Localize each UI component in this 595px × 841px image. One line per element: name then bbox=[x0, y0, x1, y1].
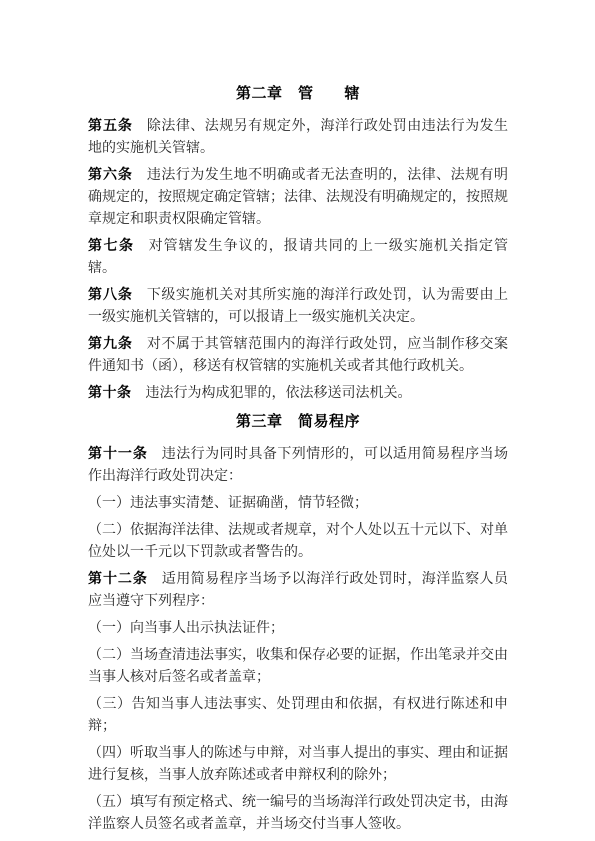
article-12-number: 第十二条 bbox=[88, 572, 148, 587]
article-10-text: 违法行为构成犯罪的，依法移送司法机关。 bbox=[146, 386, 412, 401]
article-7-number: 第七条 bbox=[88, 239, 135, 254]
article-12-paragraph: 第十二条适用简易程序当场予以海洋行政处罚时，海洋监察人员应当遵守下列程序： bbox=[88, 569, 508, 613]
article-6-number: 第六条 bbox=[88, 168, 133, 183]
article-6-paragraph: 第六条违法行为发生地不明确或者无法查明的，法律、法规有明确规定的，按照规定确定管… bbox=[88, 165, 508, 231]
article-5-paragraph: 第五条除法律、法规另有规定外，海洋行政处罚由违法行为发生地的实施机关管辖。 bbox=[88, 116, 508, 160]
chapter-2-heading: 第二章 管 辖 bbox=[88, 84, 508, 104]
article-7-text: 对管辖发生争议的，报请共同的上一级实施机关指定管辖。 bbox=[88, 239, 508, 276]
article-6-text: 违法行为发生地不明确或者无法查明的，法律、法规有明确规定的，按照规定确定管辖；法… bbox=[88, 168, 508, 227]
article-11-number: 第十一条 bbox=[88, 447, 148, 462]
article-10-paragraph: 第十条违法行为构成犯罪的，依法移送司法机关。 bbox=[88, 383, 508, 405]
article-11-text: 违法行为同时具备下列情形的，可以适用简易程序当场作出海洋行政处罚决定： bbox=[88, 447, 508, 484]
article-9-number: 第九条 bbox=[88, 337, 133, 352]
article-8-paragraph: 第八条下级实施机关对其所实施的海洋行政处罚，认为需要由上一级实施机关管辖的，可以… bbox=[88, 285, 508, 329]
article-7-paragraph: 第七条对管辖发生争议的，报请共同的上一级实施机关指定管辖。 bbox=[88, 236, 508, 280]
article-12-item-2: （二）当场查清违法事实，收集和保存必要的证据，作出笔录并交由当事人核对后签名或者… bbox=[88, 645, 508, 689]
article-12-text: 适用简易程序当场予以海洋行政处罚时，海洋监察人员应当遵守下列程序： bbox=[88, 572, 508, 609]
article-11-item-2: （二）依据海洋法律、法规或者规章，对个人处以五十元以下、对单位处以一千元以下罚款… bbox=[88, 520, 508, 564]
article-8-text: 下级实施机关对其所实施的海洋行政处罚，认为需要由上一级实施机关管辖的，可以报请上… bbox=[88, 288, 508, 325]
article-8-number: 第八条 bbox=[88, 288, 133, 303]
article-9-text: 对不属于其管辖范围内的海洋行政处罚，应当制作移交案件通知书（函），移送有权管辖的… bbox=[88, 337, 508, 374]
article-12-item-3: （三）告知当事人违法事实、处罚理由和依据，有权进行陈述和申辩； bbox=[88, 694, 508, 738]
document-page: 第二章 管 辖 第五条除法律、法规另有规定外，海洋行政处罚由违法行为发生地的实施… bbox=[0, 0, 595, 841]
document-content: 第二章 管 辖 第五条除法律、法规另有规定外，海洋行政处罚由违法行为发生地的实施… bbox=[88, 84, 508, 841]
article-5-number: 第五条 bbox=[88, 119, 133, 134]
article-5-text: 除法律、法规另有规定外，海洋行政处罚由违法行为发生地的实施机关管辖。 bbox=[88, 119, 508, 156]
article-10-number: 第十条 bbox=[88, 386, 132, 401]
article-11-paragraph: 第十一条违法行为同时具备下列情形的，可以适用简易程序当场作出海洋行政处罚决定： bbox=[88, 444, 508, 488]
article-9-paragraph: 第九条对不属于其管辖范围内的海洋行政处罚，应当制作移交案件通知书（函），移送有权… bbox=[88, 334, 508, 378]
article-11-item-1: （一）违法事实清楚、证据确凿，情节轻微； bbox=[88, 493, 508, 515]
article-12-item-1: （一）向当事人出示执法证件； bbox=[88, 618, 508, 640]
article-12-item-4: （四）听取当事人的陈述与申辩，对当事人提出的事实、理由和证据进行复核，当事人放弃… bbox=[88, 743, 508, 787]
article-12-item-5: （五）填写有预定格式、统一编号的当场海洋行政处罚决定书，由海洋监察人员签名或者盖… bbox=[88, 792, 508, 836]
chapter-3-heading: 第三章 简易程序 bbox=[88, 412, 508, 432]
